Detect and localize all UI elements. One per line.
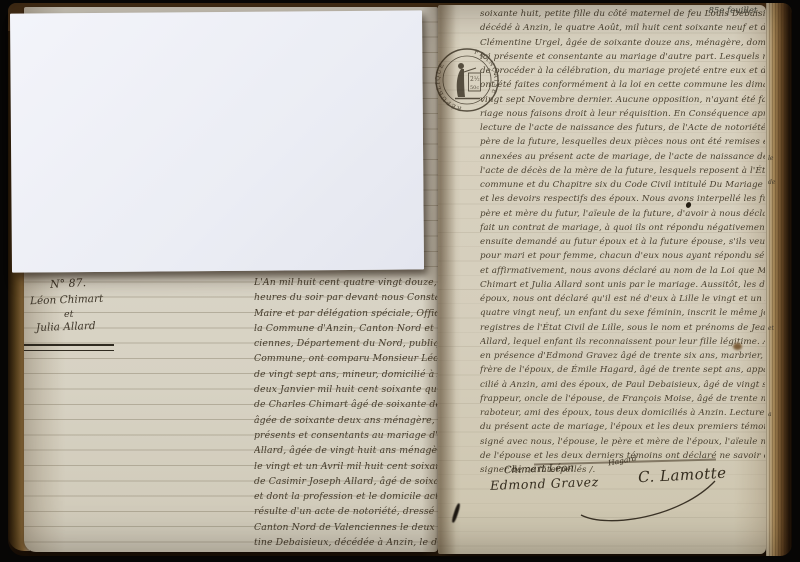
handwritten-line: la Commune d'Anzin, Canton Nord et arron… [254,321,437,336]
handwritten-line: de Charles Chimart âgé de soixante deux … [254,397,437,412]
handwritten-line: Allard, lequel enfant ils reconnaissent … [480,335,765,349]
handwritten-line: frappeur, oncle de l'épouse, de François… [480,392,765,406]
officer-paraph-flourish [573,475,723,527]
handwritten-line: présents et consentants au mariage d'une… [254,428,437,443]
handwritten-line: âgée de soixante deux ans ménagère, tous… [254,413,437,428]
handwritten-line: ici présente et consentante au mariage d… [480,50,765,64]
right-page: 85e feuillet. RÉPUBLIQUE FRANÇAISE [438,5,766,554]
margin-bride-name: Julia Allard [36,320,96,334]
edge-catchword: de [768,179,775,186]
handwritten-line: Commune, ont comparu Monsieur Léon Chima… [254,351,437,366]
right-page-edges: le de et a [766,3,792,556]
left-page-act-text: L'An mil huit cent quatre vingt douze, l… [254,275,437,553]
handwritten-line: résulte d'un acte de notoriété, dressé p… [254,504,437,519]
stamp-value-top: 2½ [470,76,480,83]
handwritten-line: du présent acte de mariage, l'époux et l… [480,420,765,434]
handwritten-line: et les devoirs respectifs des époux. Nou… [480,192,765,206]
handwritten-line: père de la future, lesquelles deux pièce… [480,135,765,149]
margin-divider-rule [24,344,114,351]
handwritten-line: en présence d'Edmond Gravez âgé de trent… [480,349,765,363]
handwritten-line: le vingt et un Avril mil huit cent soixa… [254,459,437,474]
handwritten-line: deux Janvier mil huit cent soixante quat… [254,382,437,397]
handwritten-line: soixante huit, petite fille du côté mate… [480,7,765,21]
handwritten-line: registres de l'État Civil de Lille, sous… [480,321,765,335]
handwritten-line: de vingt sept ans, mineur, domicilié à A… [254,367,437,382]
handwritten-line: Maire et par délégation spéciale, Offici… [254,306,437,321]
photo-frame: N° 87. Léon Chimart et Julia Allard L'An… [0,0,800,562]
handwritten-line: fait un contrat de mariage, à quoi ils o… [480,221,765,235]
handwritten-line: de procéder à la célébration, du mariage… [480,64,765,78]
handwritten-line: ensuite demandé au futur époux et à la f… [480,235,765,249]
handwritten-line: époux, nous ont déclaré qu'il est né d'e… [480,292,765,306]
handwritten-line: quatre vingt neuf, un enfant du sexe fém… [480,306,765,320]
handwritten-line: frère de l'époux, de Émile Hagard, âgé d… [480,363,765,377]
handwritten-line: raboteur, ami des époux, tous deux domic… [480,406,765,420]
handwritten-line: ciennes, Département du Nord, publiqueme… [254,336,437,351]
handwritten-line: cilié à Anzin, ami des époux, de Paul De… [480,378,765,392]
margin-groom-name: Léon Chimart [30,293,104,308]
handwritten-line: heures du soir par devant nous Constant … [254,290,437,305]
handwritten-line: de Casimir Joseph Allard, âgé de soixant… [254,474,437,489]
register-book: N° 87. Léon Chimart et Julia Allard L'An… [8,3,792,556]
handwritten-line: riage nous faisons droit à leur réquisit… [480,107,765,121]
cover-sheet [10,10,424,272]
handwritten-line: commune et du Chapitre six du Code Civil… [480,178,765,192]
handwritten-line: Canton Nord de Valenciennes le deux Déce… [254,520,437,535]
handwritten-line: tine Debaisieux, décédée à Anzin, le dix… [254,535,437,550]
paper-stain [733,343,742,350]
handwritten-line: l'acte de décès de la mère de la future,… [480,164,765,178]
handwritten-line: vingt sept Novembre dernier. Aucune oppo… [480,93,765,107]
handwritten-line: signé avec nous, l'épouse, le père et mè… [480,435,765,449]
margin-conjunction: et [64,309,73,320]
edge-catchword: a [768,411,772,418]
handwritten-line: pour mari et pour femme, chacun d'eux no… [480,249,765,263]
handwritten-line: décédé à Anzin, le quatre Août, mil huit… [480,21,765,35]
handwritten-line: L'An mil huit cent quatre vingt douze, l… [254,275,437,290]
edge-catchword: et [768,325,774,332]
handwritten-line: annexées au présent acte de mariage, de … [480,150,765,164]
handwritten-line: père et mère du futur, l'aïeule de la fu… [480,207,765,221]
handwritten-line: ont été faites conformément à la loi en … [480,78,765,92]
act-number: N° 87. [50,276,87,291]
handwritten-line: Chimart et Julia Allard sont unis par le… [480,278,765,292]
handwritten-line: et dont la profession et le domicile act… [254,489,437,504]
handwritten-line: lecture de l'acte de naissance des futur… [480,121,765,135]
handwritten-line: Clémentine Urgel, âgée de soixante douze… [480,36,765,50]
handwritten-line: Allard, âgée de vingt huit ans ménagère,… [254,443,437,458]
stamp-value-bottom: 50c [470,85,479,91]
right-page-act-text: soixante huit, petite fille du côté mate… [480,7,765,479]
handwritten-line: et affirmativement, nous avons déclaré a… [480,264,765,278]
ink-smudge [451,503,461,523]
edge-catchword: le [768,155,773,162]
